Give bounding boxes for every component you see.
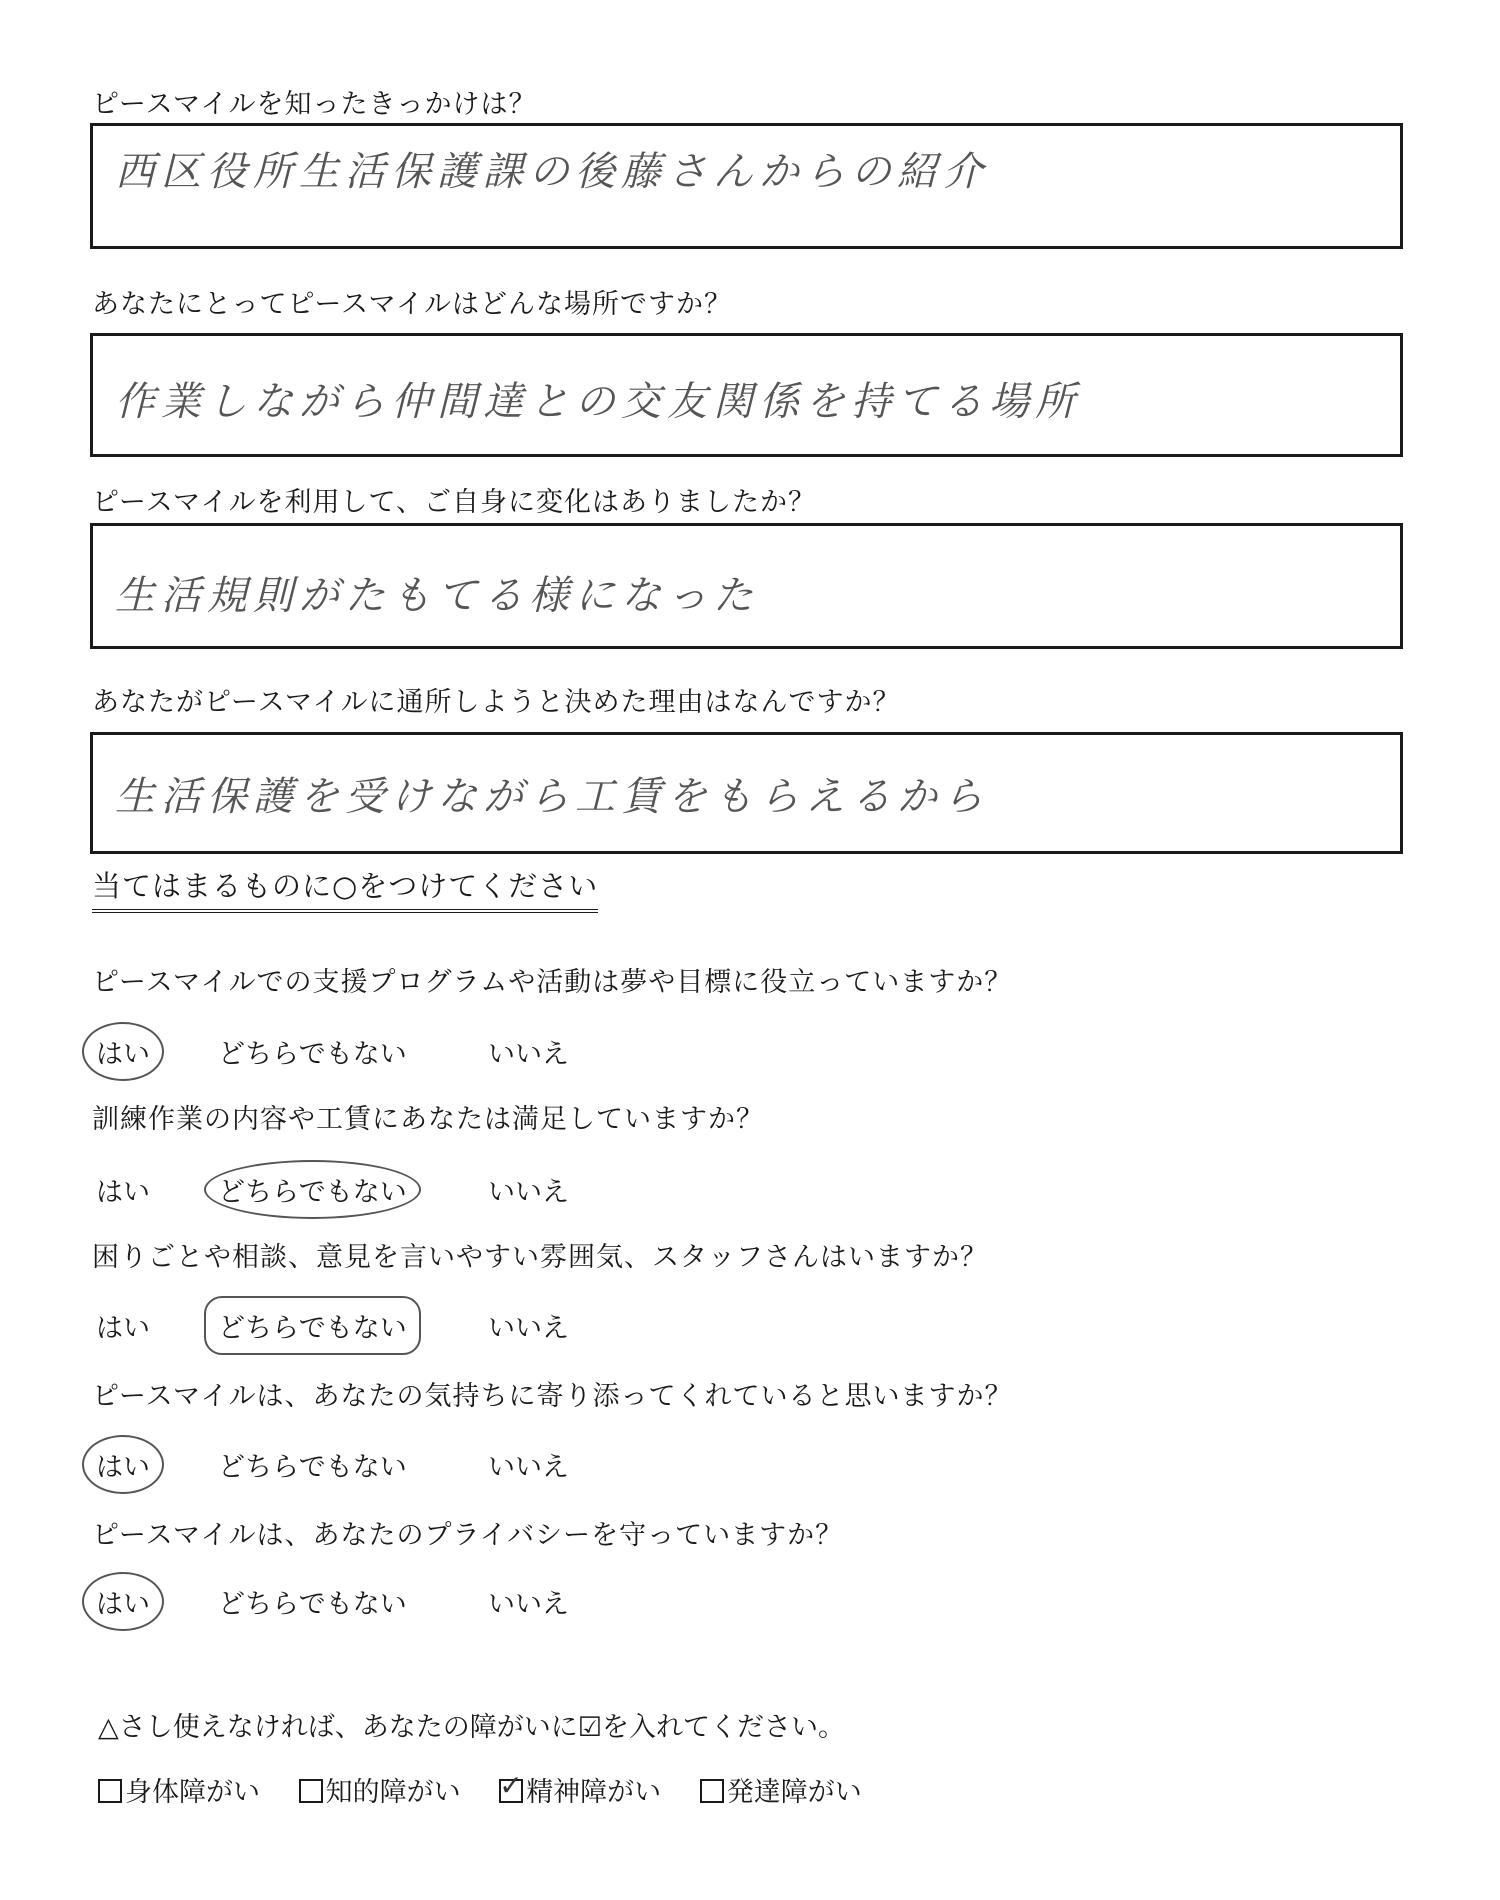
choice-question-1-label: ピースマイルでの支援プログラムや活動は夢や目標に役立っていますか？ bbox=[92, 960, 1012, 999]
checked-checkbox-icon[interactable] bbox=[499, 1779, 523, 1803]
question-1-label: ピースマイルを知ったきっかけは？ bbox=[92, 82, 537, 121]
option-neither[interactable]: どちらでもない bbox=[214, 1580, 411, 1623]
checkbox-physical[interactable]: 身体障がい bbox=[98, 1770, 260, 1809]
checkbox-icon[interactable] bbox=[98, 1779, 122, 1803]
choice-options-4: はい どちらでもない いいえ bbox=[92, 1443, 792, 1483]
option-yes[interactable]: はい bbox=[82, 1435, 164, 1494]
option-no[interactable]: いいえ bbox=[484, 1304, 573, 1347]
question-2-label: あなたにとってピースマイルはどんな場所ですか？ bbox=[92, 282, 732, 321]
choice-options-1: はい どちらでもない いいえ bbox=[92, 1030, 792, 1070]
answer-box-4[interactable]: 生活保護を受けながら工賃をもらえるから bbox=[90, 732, 1403, 854]
disability-note: △さし使えなければ、あなたの障がいに☑を入れてください。 bbox=[98, 1705, 845, 1744]
option-yes[interactable]: はい bbox=[92, 1168, 154, 1211]
answer-4-text: 生活保護を受けながら工賃をもらえるから bbox=[115, 765, 989, 822]
question-4-label: あなたがピースマイルに通所しようと決めた理由はなんですか？ bbox=[92, 680, 901, 719]
choice-question-4-label: ピースマイルは、あなたの気持ちに寄り添ってくれていると思いますか？ bbox=[92, 1374, 1013, 1413]
choice-question-5-label: ピースマイルは、あなたのプライバシーを守っていますか？ bbox=[92, 1513, 843, 1552]
option-no[interactable]: いいえ bbox=[484, 1030, 573, 1073]
option-neither[interactable]: どちらでもない bbox=[214, 1443, 411, 1486]
option-neither[interactable]: どちらでもない bbox=[204, 1296, 421, 1355]
option-yes[interactable]: はい bbox=[82, 1572, 164, 1631]
choice-options-3: はい どちらでもない いいえ bbox=[92, 1304, 792, 1344]
choice-question-2-label: 訓練作業の内容や工賃にあなたは満足していますか？ bbox=[92, 1097, 764, 1136]
checkbox-icon[interactable] bbox=[700, 1779, 724, 1803]
option-no[interactable]: いいえ bbox=[484, 1443, 573, 1486]
answer-box-1[interactable]: 西区役所生活保護課の後藤さんからの紹介 bbox=[90, 123, 1403, 249]
answer-1-text: 西区役所生活保護課の後藤さんからの紹介 bbox=[115, 140, 989, 197]
checkbox-mental[interactable]: 精神障がい bbox=[499, 1770, 661, 1809]
checkbox-intellectual[interactable]: 知的障がい bbox=[299, 1770, 461, 1809]
answer-2-text: 作業しながら仲間達との交友関係を持てる場所 bbox=[115, 370, 1081, 427]
question-3-label: ピースマイルを利用して、ご自身に変化はありましたか？ bbox=[92, 480, 816, 519]
option-no[interactable]: いいえ bbox=[484, 1580, 573, 1623]
choice-options-2: はい どちらでもない いいえ bbox=[92, 1168, 792, 1208]
answer-box-2[interactable]: 作業しながら仲間達との交友関係を持てる場所 bbox=[90, 333, 1403, 457]
option-neither[interactable]: どちらでもない bbox=[214, 1030, 411, 1073]
option-no[interactable]: いいえ bbox=[484, 1168, 573, 1211]
choice-question-3-label: 困りごとや相談、意見を言いやすい雰囲気、スタッフさんはいますか？ bbox=[92, 1235, 988, 1274]
disability-checkboxes: 身体障がい 知的障がい 精神障がい 発達障がい bbox=[98, 1770, 892, 1809]
choice-options-5: はい どちらでもない いいえ bbox=[92, 1580, 792, 1620]
answer-3-text: 生活規則がたもてる様になった bbox=[115, 564, 759, 621]
option-neither[interactable]: どちらでもない bbox=[204, 1160, 421, 1219]
option-yes[interactable]: はい bbox=[92, 1304, 154, 1347]
option-yes[interactable]: はい bbox=[82, 1022, 164, 1081]
checkbox-developmental[interactable]: 発達障がい bbox=[700, 1770, 862, 1809]
checkbox-icon[interactable] bbox=[299, 1779, 323, 1803]
circle-instruction: 当てはまるものに○をつけてください bbox=[92, 864, 598, 913]
answer-box-3[interactable]: 生活規則がたもてる様になった bbox=[90, 523, 1403, 649]
